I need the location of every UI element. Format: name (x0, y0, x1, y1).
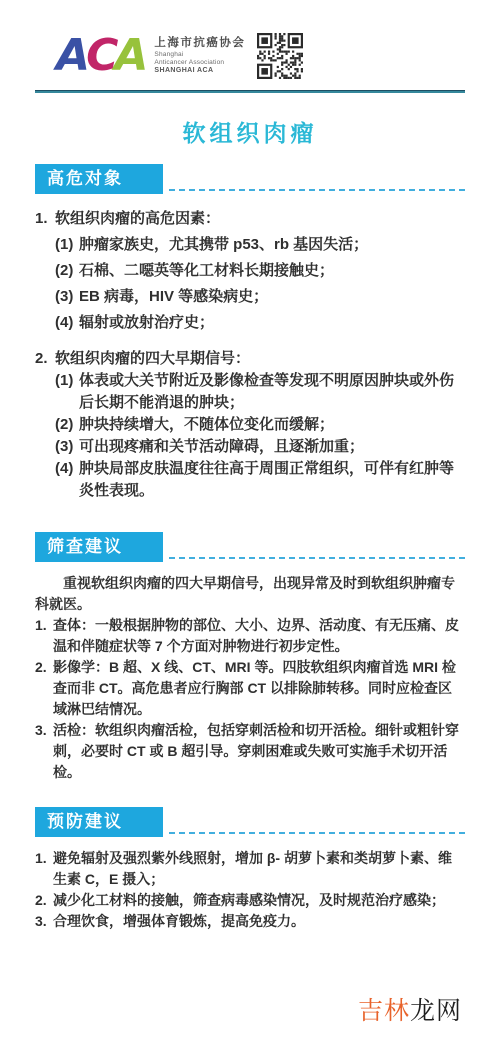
item-text: 软组织肉瘤的四大早期信号： (55, 348, 465, 370)
sub-item: (3) 可出现疼痛和关节活动障碍，且逐渐加重； (55, 436, 465, 458)
section-high-risk: 高危对象 1. 软组织肉瘤的高危因素： (1) 肿瘤家族史，尤其携带 p53、r… (0, 164, 500, 502)
item-number: 1. (35, 206, 55, 336)
qr-code-icon (257, 33, 303, 79)
section-screening: 筛查建议 重视软组织肉瘤的四大早期信号，出现异常及时到软组织肿瘤专科就医。 1.… (0, 532, 500, 783)
site-watermark: 吉林龙网 (358, 991, 462, 1027)
header: A C A 上海市抗癌协会 Shanghai Anticancer Associ… (0, 0, 500, 82)
list-item: 2. 减少化工材料的接触，筛查病毒感染情况，及时规范治疗感染； (35, 890, 465, 911)
list-item: 2. 软组织肉瘤的四大早期信号： (1) 体表或大关节附近及影像检查等发现不明原… (35, 348, 465, 502)
item-text: 软组织肉瘤的高危因素： (55, 206, 465, 232)
sub-item: (4) 肿块局部皮肤温度往往高于周围正常组织，可伴有红肿等炎性表现。 (55, 458, 465, 502)
watermark-rest: 龙网 (410, 997, 462, 1025)
list-item: 1. 软组织肉瘤的高危因素： (1) 肿瘤家族史，尤其携带 p53、rb 基因失… (35, 206, 465, 336)
watermark-highlight: 吉林 (358, 997, 410, 1025)
dashed-line (169, 832, 465, 834)
section-screening-header: 筛查建议 (35, 532, 465, 562)
sub-item: (3) EB 病毒，HIV 等感染病史； (55, 284, 465, 310)
sub-item: (4) 辐射或放射治疗史； (55, 310, 465, 336)
section-high-risk-badge: 高危对象 (35, 164, 163, 194)
sub-item: (2) 石棉、二噁英等化工材料长期接触史； (55, 258, 465, 284)
logo-letter-a2: A (114, 36, 144, 76)
screening-intro: 重视软组织肉瘤的四大早期信号，出现异常及时到软组织肿瘤专科就医。 (35, 573, 465, 615)
org-name-en-3: SHANGHAI ACA (154, 67, 245, 76)
aca-logo-icon: A C A (56, 36, 144, 76)
section-prevention-header: 预防建议 (35, 807, 465, 837)
leaflet-page: A C A 上海市抗癌协会 Shanghai Anticancer Associ… (0, 0, 500, 1049)
item-number: 2. (35, 348, 55, 502)
org-name-en-2: Anticancer Association (154, 59, 245, 67)
org-name-cn: 上海市抗癌协会 (154, 36, 245, 50)
list-item: 1. 避免辐射及强烈紫外线照射，增加 β- 胡萝卜素和类胡萝卜素、维生素 C，E… (35, 848, 465, 890)
dashed-line (169, 557, 465, 559)
section-prevention: 预防建议 1. 避免辐射及强烈紫外线照射，增加 β- 胡萝卜素和类胡萝卜素、维生… (0, 807, 500, 932)
list-item: 3. 合理饮食，增强体育锻炼，提高免疫力。 (35, 911, 465, 932)
high-risk-content: 1. 软组织肉瘤的高危因素： (1) 肿瘤家族史，尤其携带 p53、rb 基因失… (35, 206, 465, 502)
page-title: 软组织肉瘤 (0, 115, 500, 148)
prevention-content: 1. 避免辐射及强烈紫外线照射，增加 β- 胡萝卜素和类胡萝卜素、维生素 C，E… (35, 848, 465, 932)
list-item: 3. 活检：软组织肉瘤活检，包括穿刺活检和切开活检。细针或粗针穿刺，必要时 CT… (35, 720, 465, 783)
list-item: 1. 查体：一般根据肿物的部位、大小、边界、活动度、有无压痛、皮温和伴随症状等 … (35, 615, 465, 657)
sub-item: (2) 肿块持续增大，不随体位变化而缓解； (55, 414, 465, 436)
list-item: 2. 影像学：B 超、X 线、CT、MRI 等。四肢软组织肉瘤首选 MRI 检查… (35, 657, 465, 720)
dashed-line (169, 189, 465, 191)
section-high-risk-header: 高危对象 (35, 164, 465, 194)
sub-item: (1) 体表或大关节附近及影像检查等发现不明原因肿块或外伤后长期不能消退的肿块； (55, 370, 465, 414)
section-screening-badge: 筛查建议 (35, 532, 163, 562)
org-text: 上海市抗癌协会 Shanghai Anticancer Association … (154, 36, 245, 75)
section-prevention-badge: 预防建议 (35, 807, 163, 837)
screening-content: 重视软组织肉瘤的四大早期信号，出现异常及时到软组织肿瘤专科就医。 1. 查体：一… (35, 573, 465, 783)
logo-letter-c: C (86, 36, 114, 76)
sub-item: (1) 肿瘤家族史，尤其携带 p53、rb 基因失活； (55, 232, 465, 258)
header-divider (35, 90, 465, 93)
logo-letter-a1: A (56, 36, 86, 76)
org-name-en-1: Shanghai (154, 51, 245, 59)
